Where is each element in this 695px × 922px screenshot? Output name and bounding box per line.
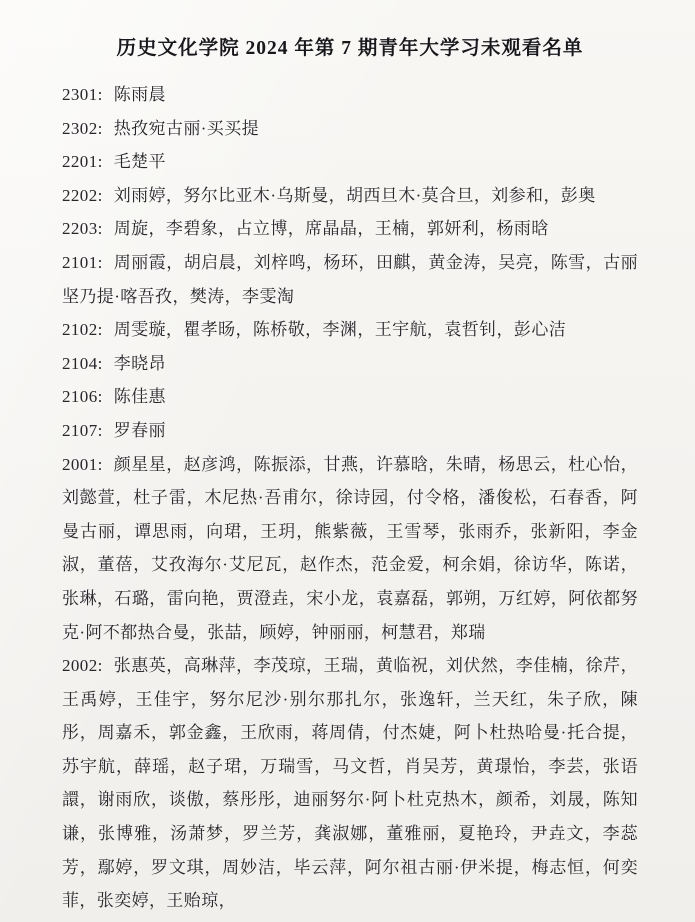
name-list: 2301:陈雨晨2302:热孜宛古丽·买买提2201:毛楚平2202:刘雨婷，努…	[62, 78, 638, 918]
entry-class-id: 2102:	[62, 320, 103, 339]
entry-names: 罗春丽	[114, 421, 166, 440]
entry-class-id: 2002:	[62, 656, 103, 675]
entry-names: 周旋，李碧象，占立博，席晶晶，王楠，郭妍利，杨雨晗	[114, 219, 549, 238]
entry-class-id: 2201:	[62, 152, 103, 171]
list-entry: 2301:陈雨晨	[62, 78, 638, 112]
list-entry: 2001:颜星星，赵彦鸿，陈振添，甘燕，许慕晗，朱晴，杨思云，杜心怡，刘懿萱，杜…	[62, 448, 638, 650]
list-entry: 2302:热孜宛古丽·买买提	[62, 112, 638, 146]
list-entry: 2203:周旋，李碧象，占立博，席晶晶，王楠，郭妍利，杨雨晗	[62, 212, 638, 246]
list-entry: 2102:周雯璇，瞿孝旸，陈桥敬，李渊，王宇航，袁哲钊，彭心洁	[62, 313, 638, 347]
list-entry: 2002:张惠英，高琳萍，李茂琼，王瑞，黄临祝，刘伏然，李佳楠，徐芹，王禹婷，王…	[62, 649, 638, 918]
entry-names: 张惠英，高琳萍，李茂琼，王瑞，黄临祝，刘伏然，李佳楠，徐芹，王禹婷，王佳宇，努尔…	[62, 656, 638, 910]
entry-class-id: 2001:	[62, 455, 103, 474]
list-entry: 2106:陈佳惠	[62, 380, 638, 414]
entry-class-id: 2101:	[62, 253, 103, 272]
document-page: 历史文化学院 2024 年第 7 期青年大学习未观看名单 2301:陈雨晨230…	[0, 0, 695, 922]
entry-names: 刘雨婷，努尔比亚木·乌斯曼，胡西旦木·莫合旦，刘参和，彭奥	[114, 186, 596, 205]
list-entry: 2101:周丽霞，胡启晨，刘梓鸣，杨环，田麒，黄金涛，吴亮，陈雪，古丽坚乃提·喀…	[62, 246, 638, 313]
list-entry: 2201:毛楚平	[62, 145, 638, 179]
entry-names: 李晓昂	[114, 354, 166, 373]
entry-class-id: 2301:	[62, 85, 103, 104]
entry-class-id: 2104:	[62, 354, 103, 373]
entry-names: 周丽霞，胡启晨，刘梓鸣，杨环，田麒，黄金涛，吴亮，陈雪，古丽坚乃提·喀吾孜，樊涛…	[62, 253, 638, 306]
list-entry: 2202:刘雨婷，努尔比亚木·乌斯曼，胡西旦木·莫合旦，刘参和，彭奥	[62, 179, 638, 213]
entry-names: 毛楚平	[114, 152, 166, 171]
entry-class-id: 2106:	[62, 387, 103, 406]
entry-class-id: 2202:	[62, 186, 103, 205]
entry-class-id: 2107:	[62, 421, 103, 440]
entry-class-id: 2203:	[62, 219, 103, 238]
entry-names: 颜星星，赵彦鸿，陈振添，甘燕，许慕晗，朱晴，杨思云，杜心怡，刘懿萱，杜子雷，木尼…	[62, 455, 638, 642]
list-entry: 2104:李晓昂	[62, 347, 638, 381]
entry-names: 陈佳惠	[114, 387, 166, 406]
entry-names: 周雯璇，瞿孝旸，陈桥敬，李渊，王宇航，袁哲钊，彭心洁	[114, 320, 566, 339]
entry-class-id: 2302:	[62, 119, 103, 138]
entry-names: 热孜宛古丽·买买提	[114, 119, 259, 138]
page-title: 历史文化学院 2024 年第 7 期青年大学习未观看名单	[62, 34, 638, 64]
entry-names: 陈雨晨	[114, 85, 166, 104]
list-entry: 2107:罗春丽	[62, 414, 638, 448]
